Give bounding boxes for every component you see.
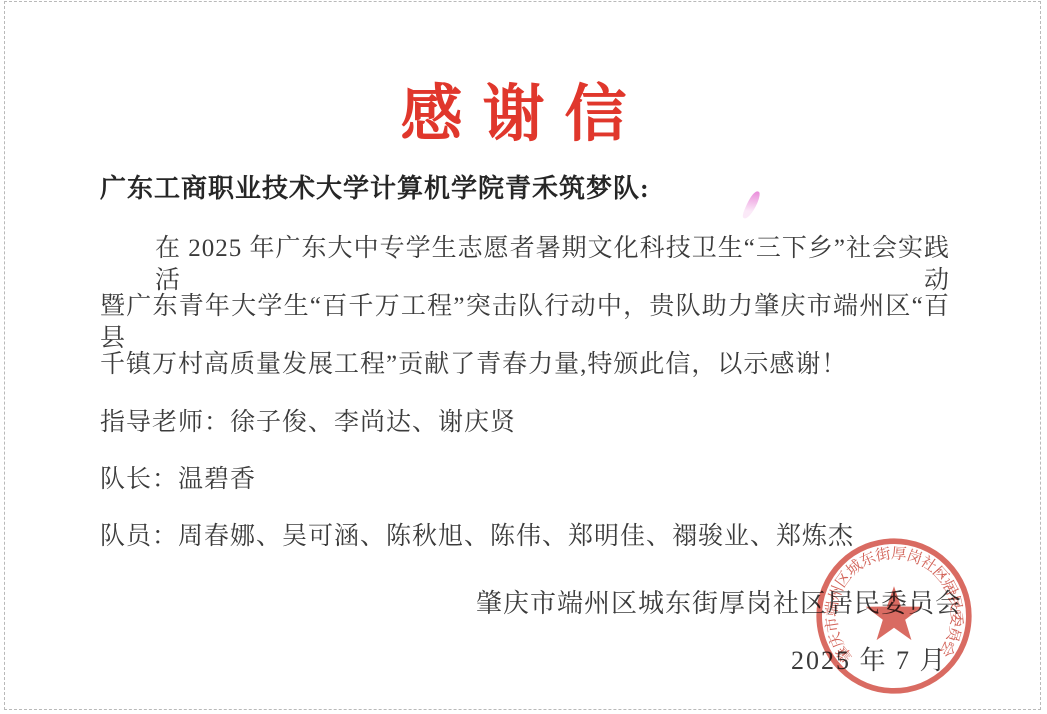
body-line-2: 暨广东青年大学生“百千万工程”突击队行动中，贵队助力肇庆市端州区“百县: [100, 291, 950, 355]
scanned-letter-page: 感谢信 广东工商职业技术大学计算机学院青禾筑梦队: 在 2025 年广东大中专学…: [0, 0, 1047, 714]
advisors-line: 指导老师：徐子俊、李尚达、谢庆贤: [100, 407, 950, 439]
body-line-1: 在 2025 年广东大中专学生志愿者暑期文化科技卫生“三下乡”社会实践活动: [155, 233, 950, 297]
salutation-line: 广东工商职业技术大学计算机学院青禾筑梦队:: [100, 168, 650, 205]
official-round-seal: 肇庆市端州区城东街厚岗社区居民委员会 4412020011258: [812, 534, 976, 698]
body-line-3: 千镇万村高质量发展工程”贡献了青春力量,特颁此信，以示感谢！: [100, 349, 950, 381]
seal-star-icon: [866, 586, 923, 640]
pink-ink-smudge: [741, 189, 761, 220]
team-leader-line: 队长：温碧香: [100, 464, 950, 496]
letter-title: 感谢信: [0, 64, 1047, 153]
